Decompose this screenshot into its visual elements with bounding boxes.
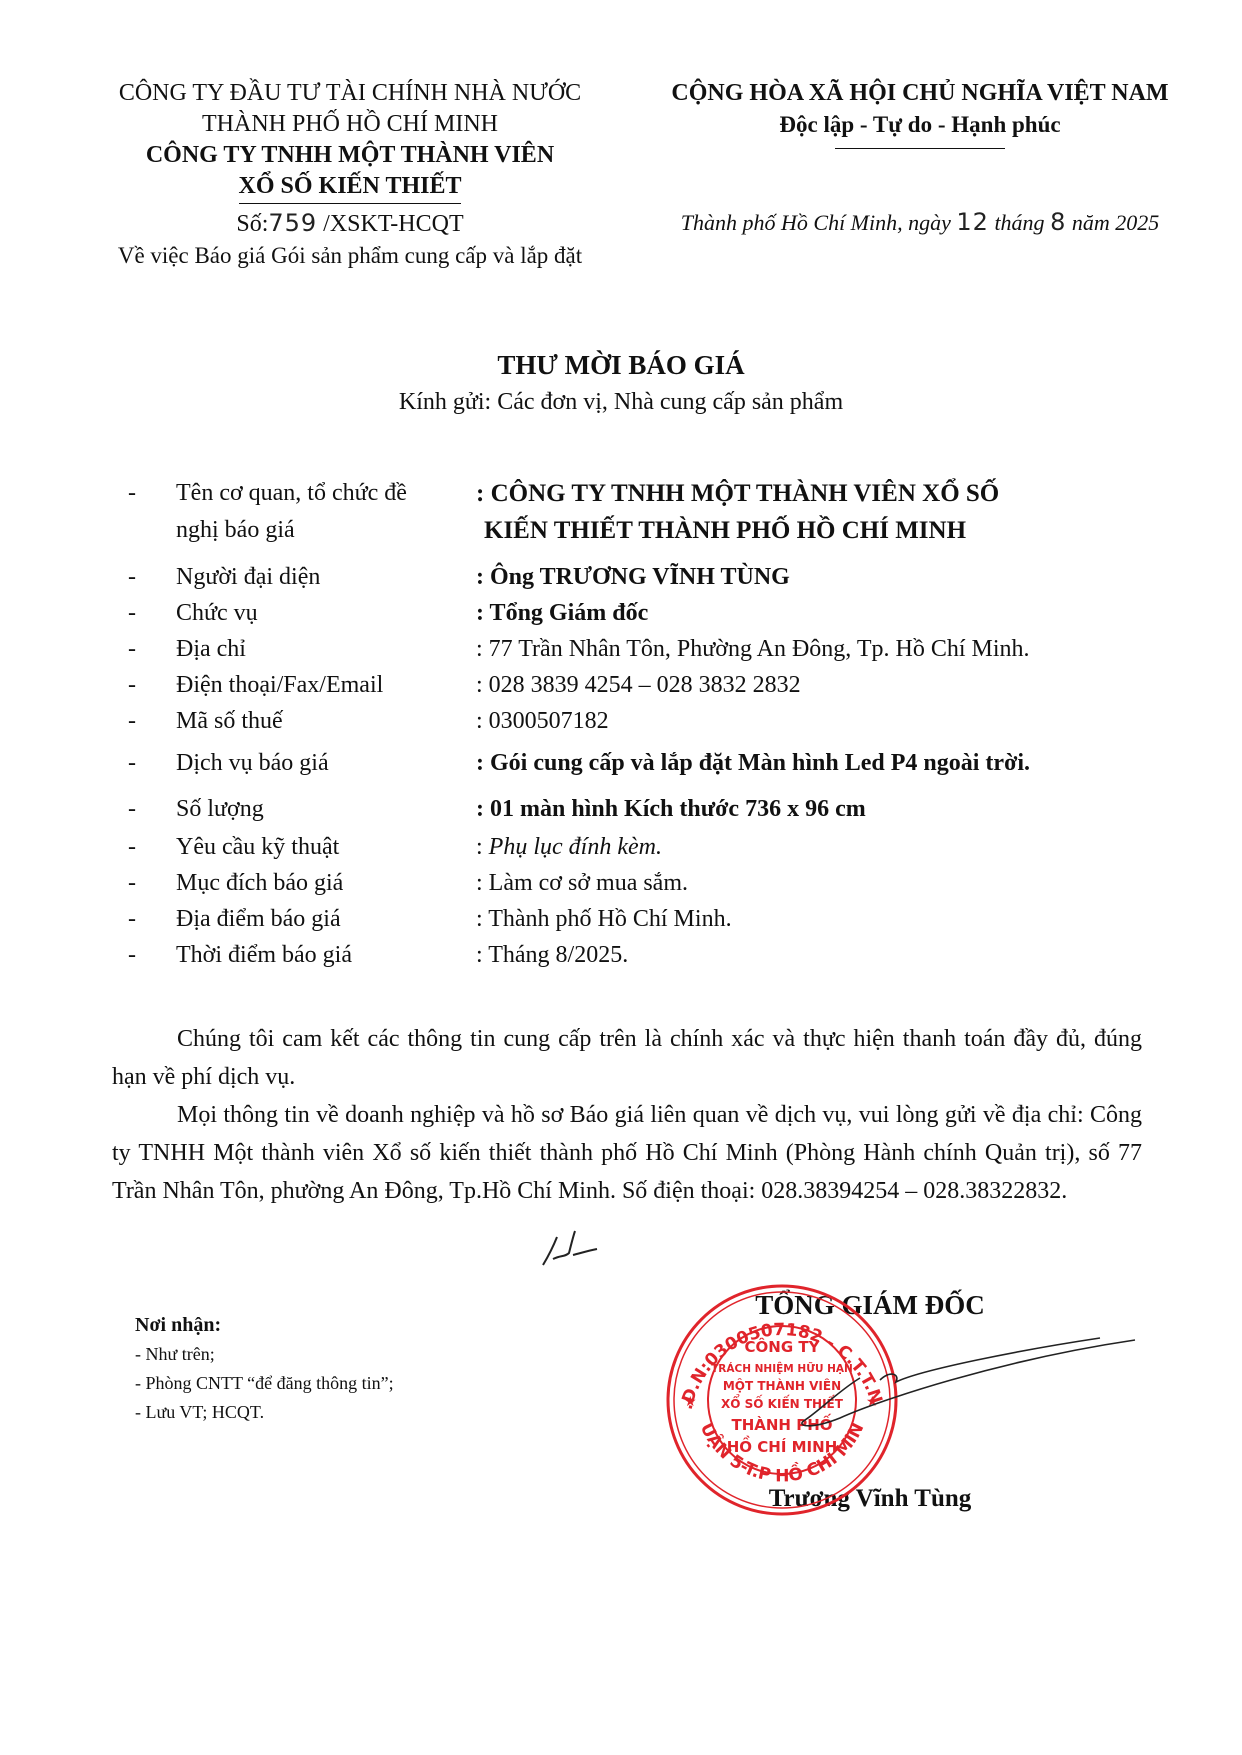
recipient-item: - Như trên;	[135, 1340, 394, 1369]
issuer-header: CÔNG TY ĐẦU TƯ TÀI CHÍNH NHÀ NƯỚC THÀNH …	[80, 78, 620, 271]
info-row-phone: - Điện thoại/Fax/Email : 028 3839 4254 –…	[128, 667, 1148, 703]
initials-scribble	[535, 1225, 625, 1273]
info-row-technical-requirements: - Yêu cầu kỹ thuật : Phụ lục đính kèm.	[128, 829, 1148, 865]
svg-text:★: ★	[684, 1394, 697, 1410]
info-row-representative: - Người đại diện : Ông TRƯƠNG VĨNH TÙNG	[128, 559, 1148, 595]
company-name-line2: XỔ SỐ KIẾN THIẾT	[80, 171, 620, 204]
info-row-time: - Thời điểm báo giá : Tháng 8/2025.	[128, 937, 1148, 973]
info-row-purpose: - Mục đích báo giá : Làm cơ sở mua sắm.	[128, 865, 1148, 901]
recipient-item: - Phòng CNTT “để đăng thông tin”;	[135, 1369, 394, 1398]
document-number: Số:759 /XSKT-HCQT	[80, 208, 620, 240]
national-title: CỘNG HÒA XÃ HỘI CHỦ NGHĨA VIỆT NAM	[630, 78, 1210, 109]
commitment-paragraph: Chúng tôi cam kết các thông tin cung cấp…	[112, 1020, 1142, 1096]
date-line: Thành phố Hồ Chí Minh, ngày 12 tháng 8 n…	[630, 208, 1210, 236]
info-row-quantity: - Số lượng : 01 màn hình Kích thước 736 …	[128, 791, 1148, 827]
handwritten-number: 759	[268, 209, 317, 237]
handwritten-signature	[800, 1330, 1140, 1450]
info-row-address: - Địa chỉ : 77 Trần Nhân Tôn, Phường An …	[128, 631, 1148, 667]
recipients-list: Nơi nhận: - Như trên; - Phòng CNTT “để đ…	[135, 1310, 394, 1427]
document-title: THƯ MỜI BÁO GIÁ	[0, 350, 1242, 381]
greeting: Kính gửi: Các đơn vị, Nhà cung cấp sản p…	[0, 389, 1242, 416]
info-row-tax-code: - Mã số thuế : 0300507182	[128, 703, 1148, 739]
parent-org-line1: CÔNG TY ĐẦU TƯ TÀI CHÍNH NHÀ NƯỚC	[80, 78, 620, 109]
attachment-reference: Phụ lục đính kèm.	[489, 834, 662, 860]
handwritten-day: 12	[956, 208, 989, 236]
document-subject: Về việc Báo giá Gói sản phẩm cung cấp và…	[80, 240, 620, 271]
info-row-position: - Chức vụ : Tổng Giám đốc	[128, 595, 1148, 631]
national-header: CỘNG HÒA XÃ HỘI CHỦ NGHĨA VIỆT NAM Độc l…	[630, 78, 1210, 149]
national-motto: Độc lập - Tự do - Hạnh phúc	[630, 109, 1210, 140]
parent-org-line2: THÀNH PHỐ HỒ CHÍ MINH	[80, 109, 620, 140]
info-row-organization: - Tên cơ quan, tổ chức đềnghị báo giá : …	[128, 475, 1148, 549]
info-table: - Tên cơ quan, tổ chức đềnghị báo giá : …	[128, 475, 1148, 973]
info-row-service: - Dịch vụ báo giá : Gói cung cấp và lắp …	[128, 745, 1148, 781]
contact-paragraph: Mọi thông tin về doanh nghiệp và hồ sơ B…	[112, 1096, 1142, 1210]
body-text: Chúng tôi cam kết các thông tin cung cấp…	[112, 1020, 1142, 1210]
handwritten-month: 8	[1050, 208, 1066, 236]
info-row-location: - Địa điểm báo giá : Thành phố Hồ Chí Mi…	[128, 901, 1148, 937]
recipients-heading: Nơi nhận:	[135, 1310, 394, 1340]
recipient-item: - Lưu VT; HCQT.	[135, 1398, 394, 1427]
motto-underline	[835, 148, 1005, 149]
company-name-line1: CÔNG TY TNHH MỘT THÀNH VIÊN	[80, 140, 620, 171]
